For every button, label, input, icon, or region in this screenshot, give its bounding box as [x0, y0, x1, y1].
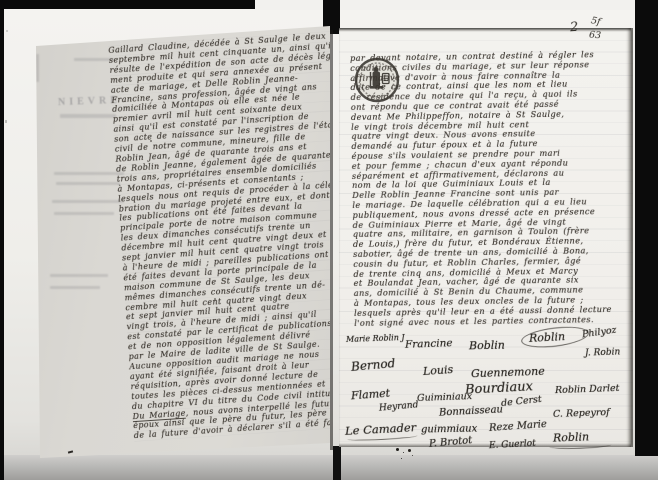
bleedthrough-line [52, 200, 124, 203]
page-gap-line [330, 30, 333, 450]
scanner-bottom-band [3, 455, 658, 480]
signature: Roblin Darlet [555, 383, 620, 396]
signature-block: Marie Roblin JFrancineBoblinRoblinPhilyo… [339, 28, 631, 447]
signature: Reze Marie [489, 419, 548, 434]
bleedthrough-line [50, 274, 108, 277]
dust-speck [214, 298, 216, 300]
page-gap-bottom [333, 446, 341, 480]
signature: Boblin [469, 339, 505, 353]
signature: Francine [405, 337, 453, 351]
bleedthrough-line [60, 114, 116, 118]
film-speck [5, 120, 7, 123]
fee-mark: 5f [590, 15, 601, 27]
bleedthrough-line [54, 172, 124, 175]
signature: Bonnaisseau [439, 404, 503, 418]
signature: Roblin [529, 330, 566, 345]
signature: Guiminiaux [417, 391, 472, 404]
fee-mark: 63 [589, 30, 602, 42]
signature: Guennemone [471, 365, 545, 381]
dust-speck [150, 140, 152, 142]
signature: Philyoz [581, 325, 617, 341]
microfilm-scan: NIEVRE Gaillard Claudine, décédée à St S… [0, 0, 658, 480]
signature: de Cerst [501, 394, 543, 409]
bleedthrough-line [36, 54, 39, 82]
signature: guimmiaux [421, 424, 477, 436]
right-page: par devant notaire, un contrat destiné à… [339, 28, 633, 447]
bleedthrough-line [54, 212, 114, 215]
signature: Bernod [350, 356, 395, 374]
signature: Heyrand [379, 400, 419, 413]
page-bottom-shadow [339, 443, 631, 447]
page-number: 2 [569, 20, 578, 36]
film-speck [6, 30, 8, 32]
film-edge-left [0, 0, 4, 480]
signature: C. Repeyrof [553, 407, 610, 420]
film-edge-top [0, 0, 255, 9]
signature: J. Robin [585, 347, 621, 358]
backing-sheet-top [255, 0, 635, 10]
film-edge-right [635, 0, 658, 456]
bleedthrough-line [56, 182, 120, 185]
signature: Marie Roblin J [346, 333, 405, 344]
signature: Le Camader [345, 420, 417, 438]
signature: Louis [423, 363, 454, 378]
bleedthrough-line [50, 286, 100, 289]
signature: Flamet [351, 387, 391, 403]
ink-blot [396, 448, 399, 451]
left-page: NIEVRE Gaillard Claudine, décédée à St S… [34, 24, 330, 460]
